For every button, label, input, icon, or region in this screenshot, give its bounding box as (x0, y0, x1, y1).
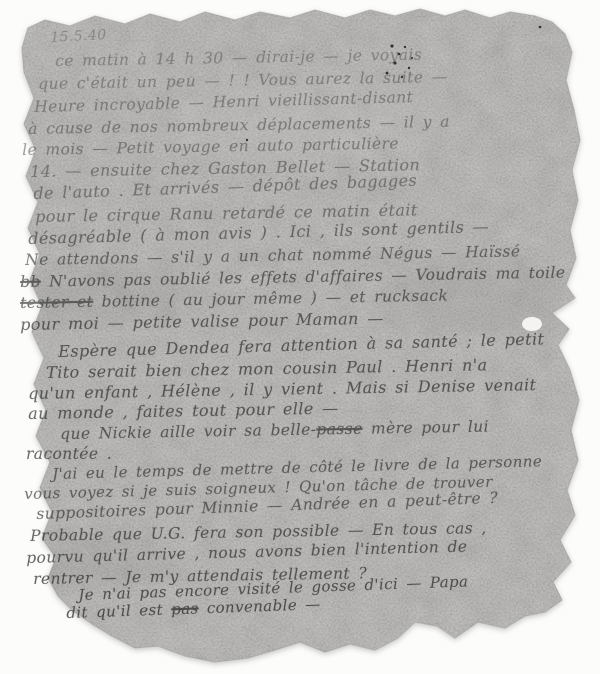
letter-line-text: 15.5.40 (50, 27, 107, 46)
struck-word: pas (171, 599, 199, 618)
letter-line: au monde , faites tout pour elle — (28, 399, 339, 423)
letter-line: Heure incroyable — Henri vieillissant-di… (34, 88, 413, 116)
letter-line: ce matin à 14 h 30 — dirai-je — je voyai… (55, 46, 422, 70)
letter-line: le mois — Petit voyage en auto particuli… (22, 134, 399, 159)
letter-line: pour moi — petite valise pour Maman — (20, 309, 384, 334)
letter-line: que Nickie aille voir sa belle-passe mèr… (60, 418, 489, 443)
scanned-letter-page: 15.5.40 ce matin à 14 h 30 — dirai-je — … (0, 0, 600, 674)
letter-line: racontée . (26, 445, 112, 463)
handwritten-text: 15.5.40 ce matin à 14 h 30 — dirai-je — … (0, 0, 600, 674)
letter-line: tester et bottine ( au jour même ) — et … (20, 287, 448, 312)
struck-word: tester et (20, 293, 93, 312)
struck-word: bb (20, 273, 41, 291)
struck-word: passe (316, 420, 363, 439)
letter-date-line: 15.5.40 (50, 27, 107, 46)
